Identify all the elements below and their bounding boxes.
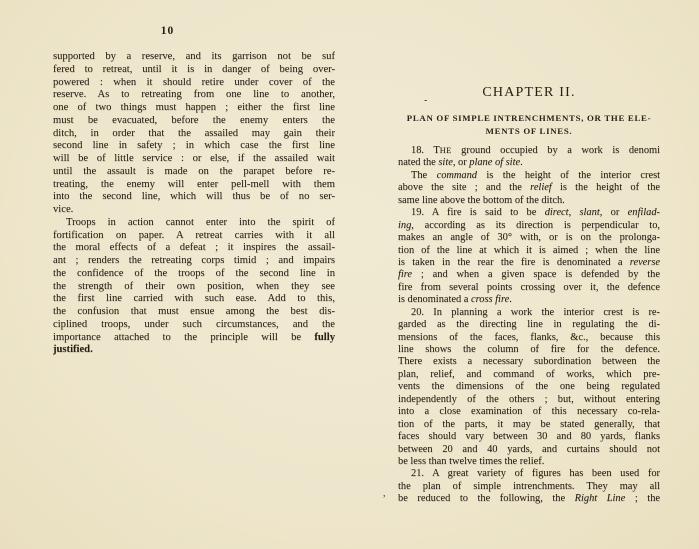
text-line: makes an angle of 30° with, or is on the… xyxy=(398,232,660,244)
text-segment: ; the xyxy=(625,493,660,504)
text-line: 19. A fire is said to be direct, slant, … xyxy=(398,207,660,219)
text-segment: , or xyxy=(453,157,469,168)
text-line: fire ; and when a given space is defende… xyxy=(398,269,660,281)
text-line: the confidence of the troops of the seco… xyxy=(53,268,335,281)
text-segment: plane of site xyxy=(469,157,520,168)
text-segment: treating, the enemy will enter pell-mell… xyxy=(53,179,335,190)
text-segment: same line above the bottom of the ditch. xyxy=(398,195,565,206)
text-line: garded as the directing line in regulati… xyxy=(398,319,660,331)
text-segment: 21. A great variety of figures has been … xyxy=(411,468,660,479)
book-spread-scan: { "left_page": { "folio": "10", "blocks"… xyxy=(0,0,699,549)
text-segment: , xyxy=(569,207,580,218)
text-line: mensions of the faces, flanks, &c., beca… xyxy=(398,332,660,344)
text-line: is taken in the rear the fire is denomin… xyxy=(398,257,660,269)
text-segment: fortification on paper. A retreat carrie… xyxy=(53,230,335,241)
text-segment: be reduced to the following, the xyxy=(398,493,575,504)
left-page-text-column: supported by a reserve, and its garrison… xyxy=(53,51,335,357)
text-segment: between 20 and 40 yards, and curtains sh… xyxy=(398,444,660,455)
text-line: until the assault is made on the parapet… xyxy=(53,166,335,179)
text-line: justified. xyxy=(53,344,335,357)
scan-speck: - xyxy=(424,95,427,106)
paragraph: 20. In planning a work the interior cres… xyxy=(398,307,660,469)
paragraph: Troops in action cannot enter into the s… xyxy=(53,217,335,357)
text-segment: is the height of the xyxy=(552,182,660,193)
text-line: reserve. As to retreating from one line … xyxy=(53,89,335,102)
text-segment: nated the xyxy=(398,157,438,168)
text-line: one of two things must happen ; either t… xyxy=(53,102,335,115)
text-segment: fire from several points crossing over i… xyxy=(398,282,660,293)
text-segment: tion of the line at which it is aimed ; … xyxy=(398,245,660,256)
text-line: treating, the enemy will enter pell-mell… xyxy=(53,179,335,192)
text-segment: 19. A fire is said to be xyxy=(411,207,545,218)
text-segment: into the second line, which will thus be… xyxy=(53,191,335,202)
text-segment: Troops in action cannot enter into the s… xyxy=(66,217,335,228)
text-line: Troops in action cannot enter into the s… xyxy=(53,217,335,230)
text-segment: second line in safety ; in which case th… xyxy=(53,140,335,151)
text-segment: until the assault is made on the parapet… xyxy=(53,166,335,177)
text-line: 21. A great variety of figures has been … xyxy=(398,468,660,480)
text-line: ing, according as its direction is perpe… xyxy=(398,220,660,232)
text-segment: the confusion that must ensue among the … xyxy=(53,306,335,317)
text-segment: , according as its direction is perpendi… xyxy=(411,220,660,231)
text-line: independently of the others ; but, witho… xyxy=(398,394,660,406)
text-segment: . xyxy=(520,157,523,168)
text-segment: vice. xyxy=(53,204,73,215)
text-line: line shows the column of fire for the de… xyxy=(398,344,660,356)
text-segment: slant xyxy=(580,207,600,218)
text-line: is denominated a cross fire. xyxy=(398,294,660,306)
text-line: ant ; renders the retreating corps timid… xyxy=(53,255,335,268)
text-line: the confusion that must ensue among the … xyxy=(53,306,335,319)
text-segment: relief xyxy=(530,182,552,193)
text-segment: into a close examination of this necessa… xyxy=(398,406,660,417)
text-segment: , or xyxy=(600,207,628,218)
text-line: vice. xyxy=(53,204,335,217)
page-number: 10 xyxy=(53,25,282,37)
text-segment: Right Line xyxy=(575,493,626,504)
text-segment: command xyxy=(437,170,477,181)
paragraph: supported by a reserve, and its garrison… xyxy=(53,51,335,217)
text-segment: vents the dimensions of the one being re… xyxy=(398,381,660,392)
text-line: will be of little service : or else, if … xyxy=(53,153,335,166)
text-segment: fire xyxy=(398,269,412,280)
text-segment: the plan of simple intrenchments. They m… xyxy=(398,481,660,492)
text-segment: powered : when it should retire under co… xyxy=(53,77,335,88)
text-segment: be less than twelve times the relief. xyxy=(398,456,544,467)
text-segment: enfilad- xyxy=(628,207,660,218)
text-segment: is denominated a xyxy=(398,294,471,305)
text-line: vents the dimensions of the one being re… xyxy=(398,381,660,393)
text-segment: mensions of the faces, flanks, &c., beca… xyxy=(398,332,660,343)
text-line: supported by a reserve, and its garrison… xyxy=(53,51,335,64)
text-segment: the moral effects of a defeat ; it inspi… xyxy=(53,242,335,253)
text-line: same line above the bottom of the ditch. xyxy=(398,195,660,207)
text-segment: justified. xyxy=(53,344,93,355)
text-segment: supported by a reserve, and its garrison… xyxy=(53,51,335,62)
text-line: importance attached to the principle wil… xyxy=(53,332,335,345)
scan-speck: , xyxy=(383,488,386,499)
text-segment: importance attached to the principle wil… xyxy=(53,332,314,343)
paragraph: 21. A great variety of figures has been … xyxy=(398,468,660,505)
text-segment: HE xyxy=(440,146,452,155)
text-segment: ; and when a given space is defended by … xyxy=(412,269,660,280)
text-line: above the site ; and the relief is the h… xyxy=(398,182,660,194)
text-line: into the second line, which will thus be… xyxy=(53,191,335,204)
text-segment: above the site ; and the xyxy=(398,182,530,193)
text-line: be reduced to the following, the Right L… xyxy=(398,493,660,505)
text-segment: garded as the directing line in regulati… xyxy=(398,319,660,330)
text-line: into a close examination of this necessa… xyxy=(398,406,660,418)
text-line: 20. In planning a work the interior cres… xyxy=(398,307,660,319)
text-line: powered : when it should retire under co… xyxy=(53,77,335,90)
text-segment: reverse xyxy=(630,257,660,268)
text-segment: independently of the others ; but, witho… xyxy=(398,394,660,405)
text-segment: is taken in the rear the fire is denomin… xyxy=(398,257,630,268)
text-segment: fered to retreat, until it is in danger … xyxy=(53,64,335,75)
text-segment: site xyxy=(438,157,452,168)
text-line: plan, relief, and command of works, whic… xyxy=(398,369,660,381)
text-segment: ant ; renders the retreating corps timid… xyxy=(53,255,335,266)
text-segment: cross fire xyxy=(471,294,509,305)
right-page-text-column: 18. THE ground occupied by a work is den… xyxy=(398,145,660,506)
text-segment: ground occupied by a work is denomi xyxy=(452,145,660,156)
text-segment: makes an angle of 30° with, or is on the… xyxy=(398,232,660,243)
text-segment: There exists a necessary subordination b… xyxy=(398,356,660,367)
text-line: be less than twelve times the relief. xyxy=(398,456,660,468)
text-line: 18. THE ground occupied by a work is den… xyxy=(398,145,660,157)
text-line: second line in safety ; in which case th… xyxy=(53,140,335,153)
text-line: ditch, in order that the assailed may ga… xyxy=(53,128,335,141)
text-line: The command is the height of the interio… xyxy=(398,170,660,182)
text-segment: The xyxy=(411,170,437,181)
text-segment: reserve. As to retreating from one line … xyxy=(53,89,335,100)
text-line: between 20 and 40 yards, and curtains sh… xyxy=(398,444,660,456)
text-segment: the confidence of the troops of the seco… xyxy=(53,268,335,279)
text-line: the moral effects of a defeat ; it inspi… xyxy=(53,242,335,255)
text-segment: line shows the column of fire for the de… xyxy=(398,344,660,355)
text-segment: ciplined troops, under such circumstance… xyxy=(53,319,335,330)
text-line: fire from several points crossing over i… xyxy=(398,282,660,294)
text-line: tion of the parts, it may be stated gene… xyxy=(398,419,660,431)
text-segment: faces should vary between 30 and 80 yard… xyxy=(398,431,660,442)
text-segment: . xyxy=(509,294,512,305)
text-segment: ing xyxy=(398,220,411,231)
text-line: the strength of their own position, when… xyxy=(53,281,335,294)
chapter-heading: CHAPTER II. xyxy=(398,85,660,101)
text-segment: will be of little service : or else, if … xyxy=(53,153,335,164)
text-segment: is the height of the interior crest xyxy=(477,170,660,181)
text-segment: direct xyxy=(545,207,569,218)
text-segment: fully xyxy=(314,332,335,343)
text-line: tion of the line at which it is aimed ; … xyxy=(398,245,660,257)
text-line: nated the site, or plane of site. xyxy=(398,157,660,169)
text-line: the first line carried with such ease. A… xyxy=(53,293,335,306)
text-segment: tion of the parts, it may be stated gene… xyxy=(398,419,660,430)
text-segment: 18. T xyxy=(411,145,440,156)
section-heading: PLAN OF SIMPLE INTRENCHMENTS, OR THE ELE… xyxy=(398,112,660,138)
text-line: fered to retreat, until it is in danger … xyxy=(53,64,335,77)
text-line: faces should vary between 30 and 80 yard… xyxy=(398,431,660,443)
text-segment: the first line carried with such ease. A… xyxy=(53,293,335,304)
paragraph: The command is the height of the interio… xyxy=(398,170,660,207)
text-segment: 20. In planning a work the interior cres… xyxy=(411,307,660,318)
paragraph: 19. A fire is said to be direct, slant, … xyxy=(398,207,660,307)
section-heading-line-1: PLAN OF SIMPLE INTRENCHMENTS, OR THE ELE… xyxy=(398,112,660,125)
section-heading-line-2: MENTS OF LINES. xyxy=(398,125,660,138)
text-segment: plan, relief, and command of works, whic… xyxy=(398,369,660,380)
text-line: must be evacuated, before the enemy ente… xyxy=(53,115,335,128)
text-line: fortification on paper. A retreat carrie… xyxy=(53,230,335,243)
text-line: ciplined troops, under such circumstance… xyxy=(53,319,335,332)
text-segment: must be evacuated, before the enemy ente… xyxy=(53,115,335,126)
text-segment: the strength of their own position, when… xyxy=(53,281,335,292)
text-line: the plan of simple intrenchments. They m… xyxy=(398,481,660,493)
text-line: There exists a necessary subordination b… xyxy=(398,356,660,368)
text-segment: one of two things must happen ; either t… xyxy=(53,102,335,113)
paragraph: 18. THE ground occupied by a work is den… xyxy=(398,145,660,170)
text-segment: ditch, in order that the assailed may ga… xyxy=(53,128,335,139)
